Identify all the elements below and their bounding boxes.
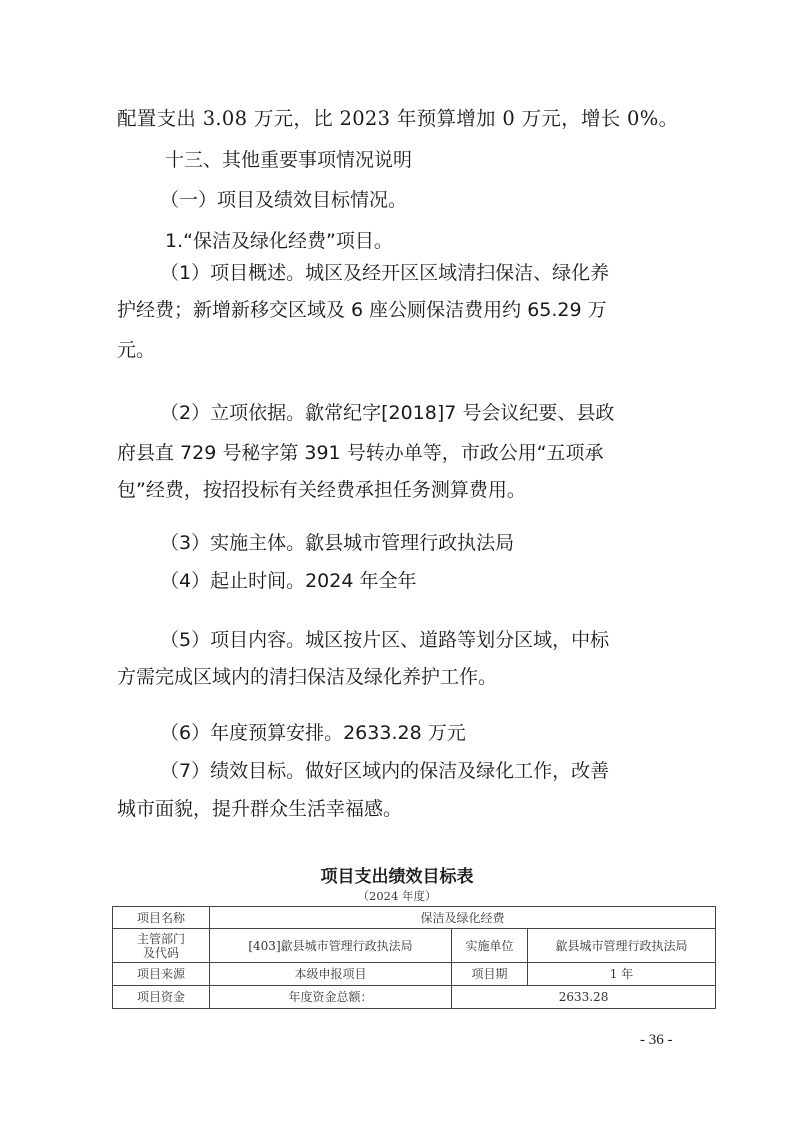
table-title: 项目支出绩效目标表: [0, 862, 794, 887]
overview-line-3: 元。: [117, 337, 155, 363]
content-line-1: （5）项目内容。城区按片区、道路等划分区域，中标: [160, 627, 609, 653]
paragraph-budget-tail: 配置支出 3.08 万元，比 2023 年预算增加 0 万元，增长 0%。: [117, 106, 678, 132]
cell-label: 项目来源: [113, 963, 210, 986]
period-line: （4）起止时间。2024 年全年: [160, 568, 416, 594]
project-heading: 1.“保洁及绿化经费”项目。: [165, 228, 393, 254]
cell-value: 年度资金总额：: [210, 986, 452, 1009]
cell-label: 实施单位: [452, 929, 528, 963]
cell-value: 本级申报项目: [210, 963, 452, 986]
label-line: 主管部门: [137, 932, 185, 946]
table-row: 项目来源 本级申报项目 项目期 1 年: [113, 963, 716, 986]
goal-line-2: 城市面貌，提升群众生活幸福感。: [117, 796, 402, 822]
basis-line-2: 府县直 729 号秘字第 391 号转办单等，市政公用“五项承: [117, 440, 604, 466]
cell-value: [403]歙县城市管理行政执法局: [210, 929, 452, 963]
subsection-heading-1: （一）项目及绩效目标情况。: [160, 187, 407, 213]
table-row: 项目资金 年度资金总额： 2633.28: [113, 986, 716, 1009]
overview-line-2: 护经费；新增新移交区域及 6 座公厕保洁费用约 65.29 万: [117, 297, 607, 323]
cell-label: 项目名称: [113, 907, 210, 929]
table-row: 主管部门及代码 [403]歙县城市管理行政执法局 实施单位 歙县城市管理行政执法…: [113, 929, 716, 963]
section-heading-13: 十三、其他重要事项情况说明: [165, 147, 412, 173]
implementer-line: （3）实施主体。歙县城市管理行政执法局: [160, 530, 514, 556]
basis-line-3: 包”经费，按招投标有关经费承担任务测算费用。: [117, 477, 526, 503]
label-line: 及代码: [143, 946, 179, 960]
cell-label: 项目资金: [113, 986, 210, 1009]
cell-value: 歙县城市管理行政执法局: [528, 929, 716, 963]
overview-line-1: （1）项目概述。城区及经开区区域清扫保洁、绿化养: [160, 260, 609, 286]
budget-line: （6）年度预算安排。2633.28 万元: [160, 720, 466, 746]
page-number: - 36 -: [640, 1032, 673, 1049]
basis-line-1: （2）立项依据。歙常纪字[2018]7 号会议纪要、县政: [160, 400, 614, 426]
cell-value: 保洁及绿化经费: [210, 907, 716, 929]
performance-target-table: 项目名称 保洁及绿化经费 主管部门及代码 [403]歙县城市管理行政执法局 实施…: [112, 906, 716, 1009]
cell-label: 项目期: [452, 963, 528, 986]
cell-value: 2633.28: [452, 986, 716, 1009]
table-subtitle: （2024 年度）: [0, 888, 794, 904]
table-row: 项目名称 保洁及绿化经费: [113, 907, 716, 929]
cell-label: 主管部门及代码: [113, 929, 210, 963]
goal-line-1: （7）绩效目标。做好区域内的保洁及绿化工作，改善: [160, 758, 609, 784]
cell-value: 1 年: [528, 963, 716, 986]
content-line-2: 方需完成区域内的清扫保洁及绿化养护工作。: [117, 664, 497, 690]
